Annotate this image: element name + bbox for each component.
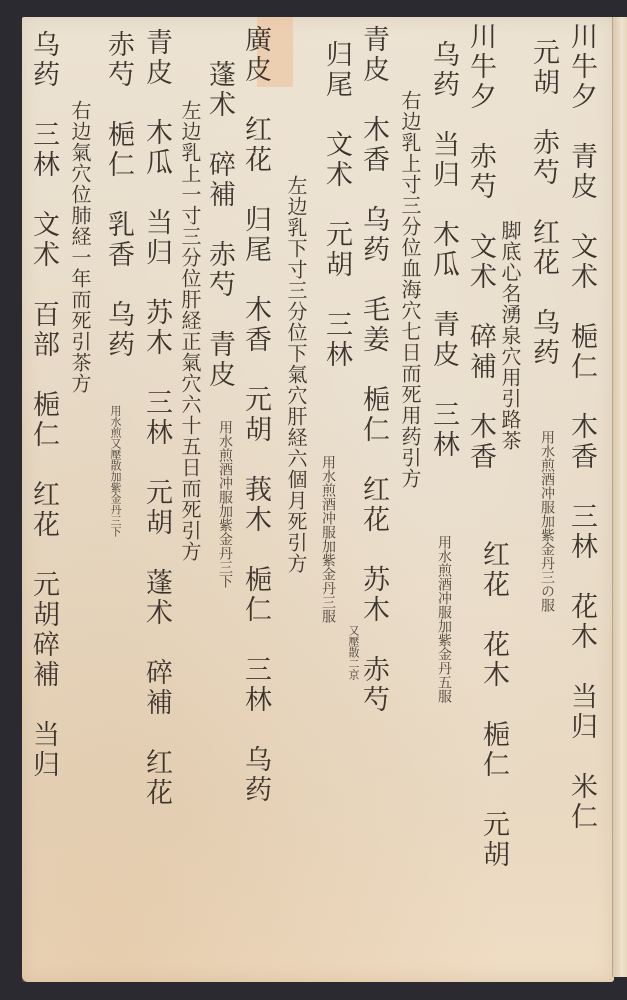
column-5: 乌药 当归 木瓜 青皮 三林 [430, 40, 457, 460]
column-10: 廣皮 红花 归尾 木香 元胡 莪木 梔仁 三林 乌药 [242, 25, 269, 805]
column-1: 川牛夕 青皮 文术 梔仁 木香 三林 花木 当归 米仁 [568, 22, 595, 832]
column-14: 赤芍 梔仁 乳香 乌药 [105, 30, 132, 360]
column-8-note: 用水煎酒冲服加紫金丹三服 [321, 455, 335, 623]
column-4: 川牛夕 赤芍 文术 碎補 木香 [467, 22, 494, 472]
column-2-note: 用水煎酒冲服加紫金丹三の服 [540, 430, 554, 612]
column-15-note: 右边氣穴位肺経一年而死引茶方 [70, 100, 90, 394]
column-13: 青皮 木瓜 当归 苏木 三林 元胡 蓬术 碎補 红花 [143, 28, 170, 808]
column-9-note: 左边乳下寸三分位下氣穴肝経六個月死引方 [286, 175, 306, 574]
column-7: 青皮 木香 乌药 毛姜 梔仁 红花 苏木 赤芍 [360, 25, 387, 715]
column-3-note: 脚底心名湧泉穴用引路茶 [500, 220, 520, 451]
column-12-note: 左边乳上一寸三分位肝経正氣穴六十五日而死引方 [180, 100, 200, 562]
column-5-note: 用水煎酒冲服加紫金丹五服 [437, 535, 451, 703]
column-11: 蓬术 碎補 赤芍 青皮 [206, 60, 233, 390]
column-7-note: 又壓散二京 [348, 625, 359, 680]
column-8: 归尾 文术 元胡 三林 [323, 40, 350, 370]
page-fold-edge [612, 17, 627, 977]
column-6-note: 右边乳上寸三分位血海穴七日而死用药引方 [400, 90, 420, 489]
column-3: 红花 花木 梔仁 元胡 [480, 540, 507, 870]
column-2: 元胡 赤芍 红花 乌药 [530, 38, 557, 368]
column-14-note: 用水煎又壓散加紫金丹三下 [110, 405, 121, 537]
column-16: 乌药 三林 文术 百部 梔仁 红花 元胡碎補 当归 [30, 30, 57, 780]
column-11-note: 用水煎酒冲服加紫金丹三下 [218, 420, 232, 588]
